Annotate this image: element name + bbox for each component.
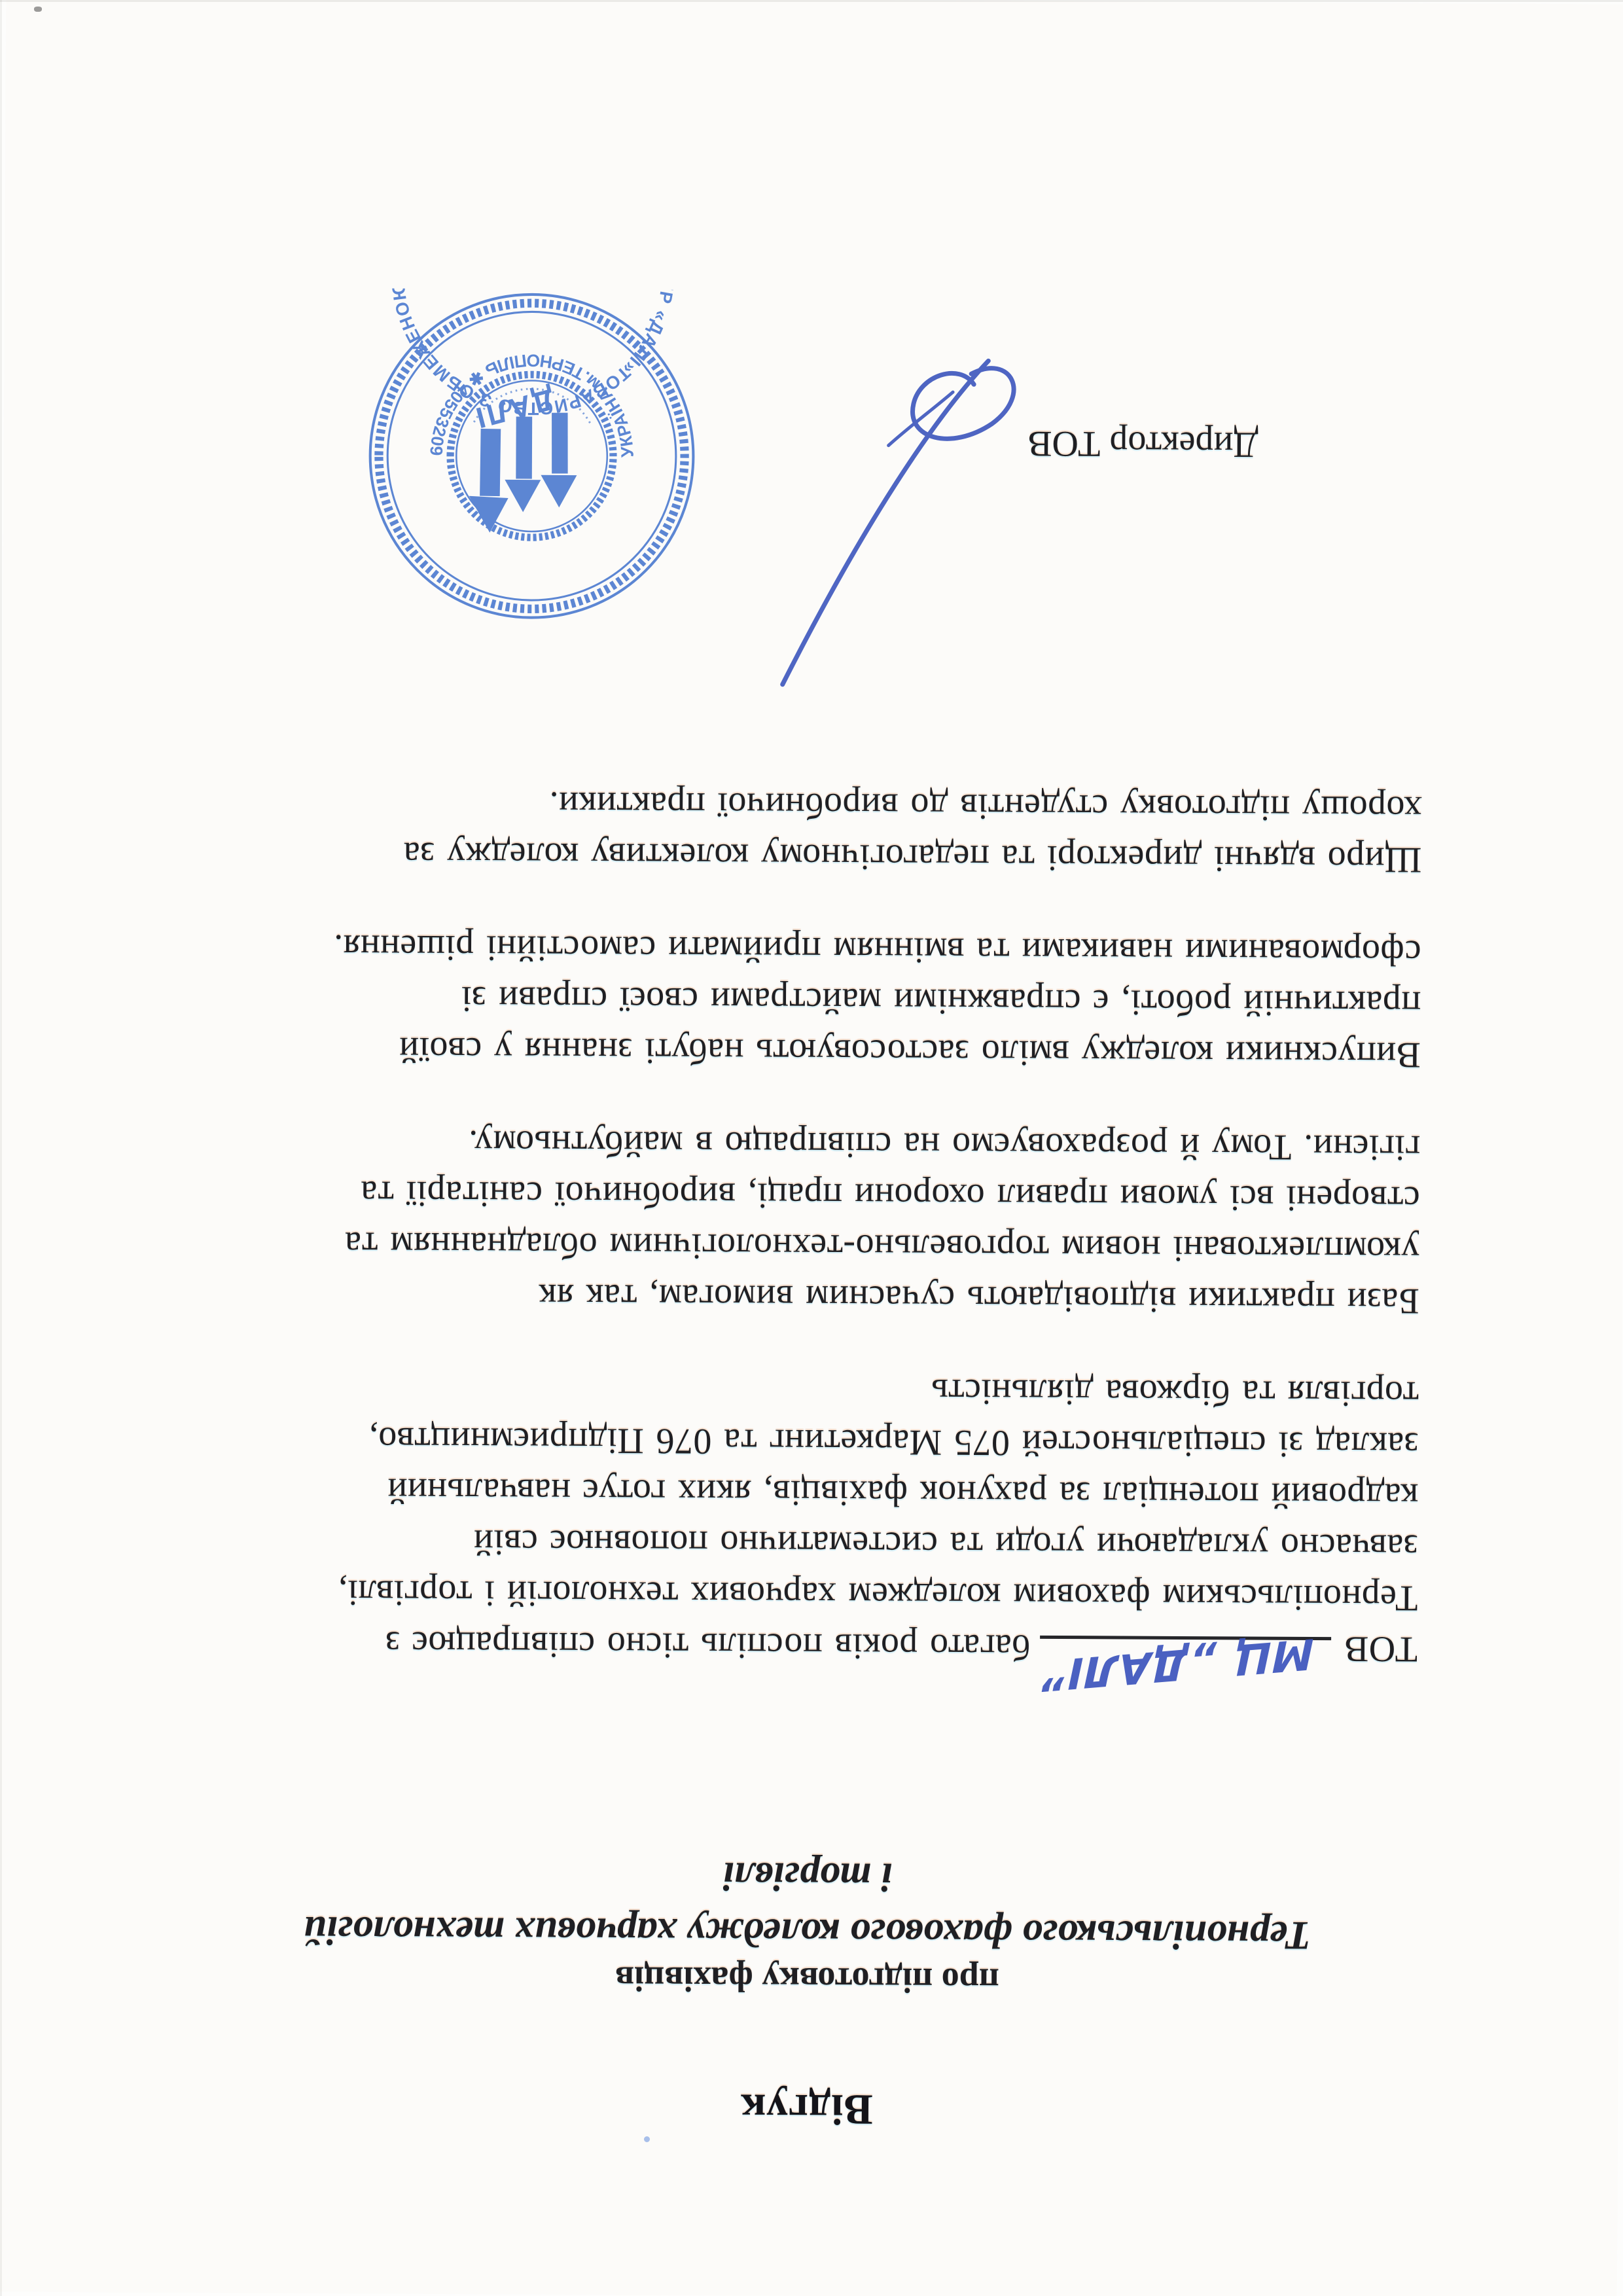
subtitle-line-3: і торгівлі <box>0 1848 1619 1903</box>
letter-body: ТОВМЦ „ДАЛІ”багато років поспіль тісно с… <box>122 735 1422 1680</box>
subtitle-line-1: про підготовку фахівців <box>0 1955 1618 2004</box>
scanned-document-sheet: Відгук про підготовку фахівців Тернопіль… <box>0 0 1623 2296</box>
text-line: Щиро вдячні директорі та педагогічному к… <box>126 828 1421 886</box>
subtitle-line-2: Тернопільського фахового коледжу харчови… <box>0 1905 1619 1960</box>
document-title: Відгук <box>0 2079 1618 2138</box>
director-signature <box>722 325 1051 720</box>
paragraph-1-line-1-text: багато років поспіль тісно співпрацює з <box>385 1624 1030 1668</box>
text-line: сформованими навиками та вмінням приймат… <box>125 921 1421 978</box>
text-line: завчасно укладаючи угоди та систематично… <box>122 1515 1418 1572</box>
signatory-role-label: Директор ТОВ <box>1027 423 1258 466</box>
scan-edge-shadow-left <box>0 0 2 2296</box>
scanned-page-photo: { "document": { "title": "Відгук", "subt… <box>0 0 1623 2296</box>
scan-ink-dot <box>644 2136 650 2142</box>
text-line: Бази практики відповідають сучасним вимо… <box>124 1268 1419 1326</box>
scan-edge-shadow-top <box>0 0 1623 2</box>
text-line: укомплектовані новим торговельно-техноло… <box>124 1218 1419 1276</box>
text-line: торгівля та біржова діяльність <box>123 1361 1419 1419</box>
company-prefix-label: ТОВ <box>1344 1623 1418 1675</box>
text-line: гігієни. Тому й розраховуємо на співпрац… <box>124 1116 1420 1174</box>
text-line: заклад зі спеціальностей 075 Маркетинг т… <box>122 1412 1418 1470</box>
scan-dust-speck <box>34 7 42 12</box>
text-line: кадровий потенціал за рахунок фахівців, … <box>122 1463 1418 1521</box>
company-stamp-seal: ТОВАРИСТВО З ОБМЕЖЕНОЮ ВІДПОВІДАЛЬНІСТЮ … <box>364 288 700 624</box>
paragraph-3: Випускники коледжу вміло застосовують на… <box>125 921 1421 1081</box>
text-line: Тернопільським фаховим коледжем харчових… <box>122 1566 1418 1623</box>
paragraph-1-first-line: ТОВМЦ „ДАЛІ”багато років поспіль тісно с… <box>122 1617 1418 1679</box>
handwritten-company-name: МЦ „ДАЛІ” <box>1039 1627 1313 1701</box>
text-line: створені всі умови правил охорони праці,… <box>124 1167 1419 1225</box>
paragraph-4: Щиро вдячні директорі та педагогічному к… <box>126 777 1422 886</box>
fill-in-blank-line: МЦ „ДАЛІ” <box>1039 1636 1330 1679</box>
paragraph-1: ТОВМЦ „ДАЛІ”багато років поспіль тісно с… <box>122 1361 1419 1679</box>
paragraph-1-lines: Тернопільським фаховим коледжем харчових… <box>122 1361 1419 1623</box>
text-line: хорошу підготовку студентів до виробничо… <box>126 777 1422 834</box>
paragraph-2: Бази практики відповідають сучасним вимо… <box>124 1116 1421 1327</box>
text-line: Випускники коледжу вміло застосовують на… <box>125 1023 1421 1081</box>
text-line: практичній роботі, є справжніми майстрам… <box>125 972 1421 1030</box>
